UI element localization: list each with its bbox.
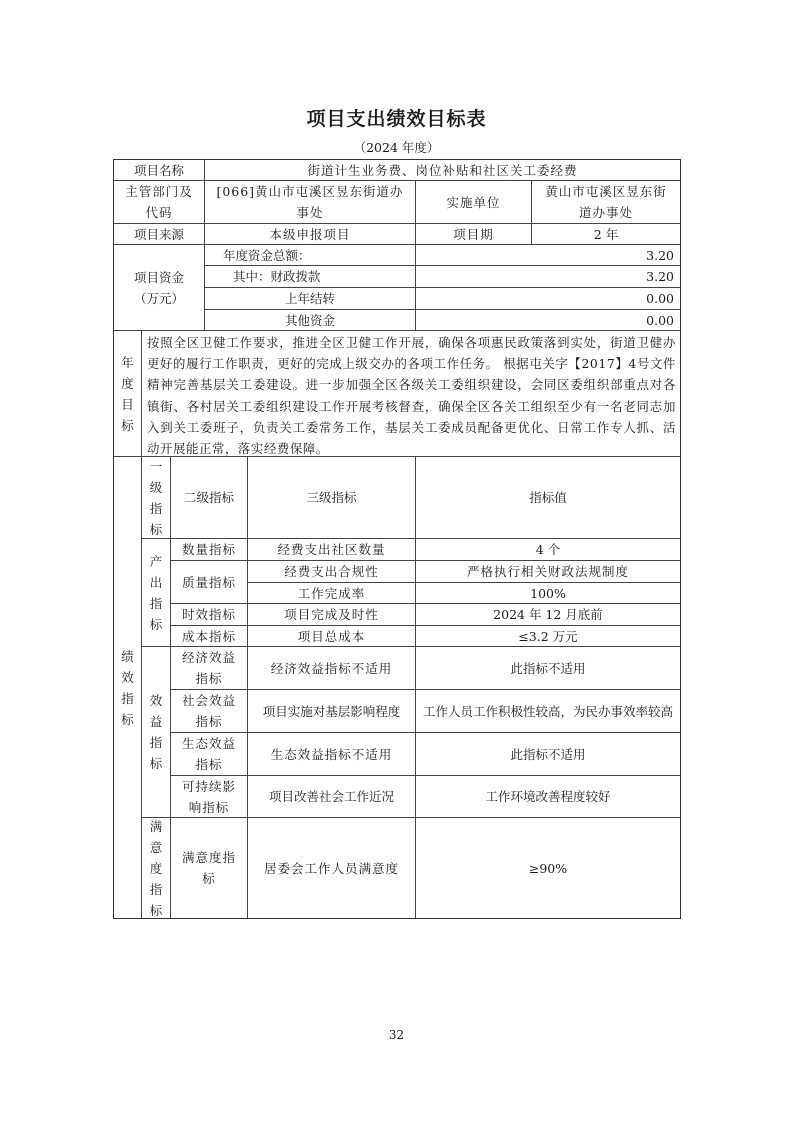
output-label: 产 出 指 标 (141, 538, 171, 647)
output-quantity-value: 4 个 (415, 538, 681, 561)
output-timeliness-value: 2024 年 12 月底前 (415, 603, 681, 626)
period-label: 项目期 (415, 223, 532, 245)
benefit-sustainable-value: 工作环境改善程度较好 (415, 775, 681, 818)
satisfaction-level2: 满意度指标 (170, 817, 248, 919)
benefit-ecological-level3: 生态效益指标不适用 (247, 732, 416, 776)
funds-other-label: 其他资金 (204, 309, 416, 331)
dept-label: 主管部门及代码 (113, 180, 205, 224)
satisfaction-label: 满 意 度 指 标 (141, 817, 171, 919)
funds-fiscal-value: 3.20 (415, 265, 681, 288)
benefit-social-value: 工作人员工作积极性较高，为民办事效率较高 (415, 689, 681, 733)
funds-label-line2: （万元） (134, 288, 184, 309)
page-number: 32 (0, 1028, 793, 1042)
performance-label: 绩 效 指 标 (113, 456, 142, 919)
benefit-social-level2: 社会效益指标 (170, 689, 248, 733)
funds-fiscal-label: 其中：财政拨款 (204, 265, 416, 288)
period-value: 2 年 (531, 223, 681, 245)
funds-label-line1: 项目资金 (134, 267, 184, 288)
output-cost-level2: 成本指标 (170, 625, 248, 647)
funds-carryover-label: 上年结转 (204, 287, 416, 310)
benefit-economic-level2: 经济效益指标 (170, 646, 248, 690)
output-cost-level3: 项目总成本 (247, 625, 416, 647)
source-label: 项目来源 (113, 223, 205, 245)
output-quality-completion-value: 100% (415, 582, 681, 604)
output-timeliness-level2: 时效指标 (170, 603, 248, 626)
satisfaction-value: ≥90% (415, 817, 681, 919)
output-timeliness-level3: 项目完成及时性 (247, 603, 416, 626)
output-quantity-level3: 经费支出社区数量 (247, 538, 416, 561)
benefit-sustainable-level3: 项目改善社会工作近况 (247, 775, 416, 818)
annual-goal-text: 按照全区卫健工作要求，推进全区卫健工作开展，确保各项惠民政策落到实处，街道卫健办… (141, 330, 681, 457)
header-level1: 一 级 指 标 (141, 456, 171, 539)
output-quality-compliance-value: 严格执行相关财政法规制度 (415, 560, 681, 583)
output-quality-compliance-level3: 经费支出合规性 (247, 560, 416, 583)
fiscal-year: （2024 年度） (0, 138, 793, 156)
benefit-economic-value: 此指标不适用 (415, 646, 681, 690)
benefit-sustainable-level2: 可持续影响指标 (170, 775, 248, 818)
funds-total-value: 3.20 (415, 244, 681, 266)
funds-other-value: 0.00 (415, 309, 681, 331)
benefit-ecological-level2: 生态效益指标 (170, 732, 248, 776)
header-value: 指标值 (415, 456, 681, 539)
funds-total-label: 年度资金总额： (204, 244, 416, 266)
impl-label: 实施单位 (415, 180, 532, 224)
project-name-label: 项目名称 (113, 159, 205, 181)
benefit-economic-level3: 经济效益指标不适用 (247, 646, 416, 690)
annual-goal-label: 年 度 目 标 (113, 330, 142, 457)
output-quality-level2: 质量指标 (170, 560, 248, 604)
header-level2: 二级指标 (170, 456, 248, 539)
benefit-label: 效 益 指 标 (141, 646, 171, 818)
benefit-social-level3: 项目实施对基层影响程度 (247, 689, 416, 733)
page-title: 项目支出绩效目标表 (0, 104, 793, 131)
header-level3: 三级指标 (247, 456, 416, 539)
satisfaction-level3: 居委会工作人员满意度 (247, 817, 416, 919)
dept-value: [066]黄山市屯溪区昱东街道办事处 (204, 180, 416, 224)
funds-carryover-value: 0.00 (415, 287, 681, 310)
source-value: 本级申报项目 (204, 223, 416, 245)
funds-label: 项目资金 （万元） (113, 244, 205, 331)
output-quality-completion-level3: 工作完成率 (247, 582, 416, 604)
output-quantity-level2: 数量指标 (170, 538, 248, 561)
benefit-ecological-value: 此指标不适用 (415, 732, 681, 776)
impl-value: 黄山市屯溪区昱东街道办事处 (531, 180, 681, 224)
project-name-value: 街道计生业务费、岗位补贴和社区关工委经费 (204, 159, 681, 181)
output-cost-value: ≤3.2 万元 (415, 625, 681, 647)
